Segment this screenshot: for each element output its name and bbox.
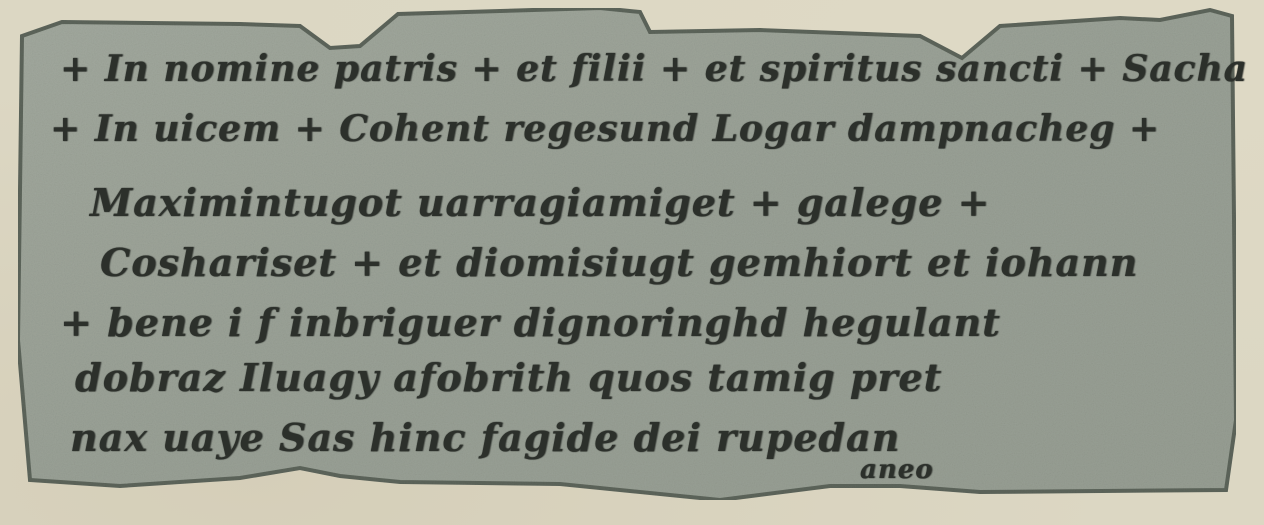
manuscript-line-5: + bene i f inbriguer dignoringhd hegulan… — [60, 300, 1001, 345]
manuscript-line-3: Maximintugot uarragiamiget + galege + — [90, 180, 990, 225]
manuscript-line-1: + In nomine patris + et filii + et spiri… — [60, 48, 1248, 90]
manuscript-line-2: + In uicem + Cohent regesund Logar dampn… — [50, 108, 1160, 150]
manuscript-line-4: Coshariset + et diomisiugt gemhiort et i… — [100, 240, 1138, 285]
parchment-fragment: + In nomine patris + et filii + et spiri… — [0, 0, 1264, 525]
manuscript-line-6: dobraz Iluagy afobrith quos tamig pret — [75, 355, 942, 400]
manuscript-subscript: aneo — [860, 455, 934, 485]
manuscript-line-7: nax uaye Sas hinc fagide dei rupedan — [70, 415, 900, 460]
